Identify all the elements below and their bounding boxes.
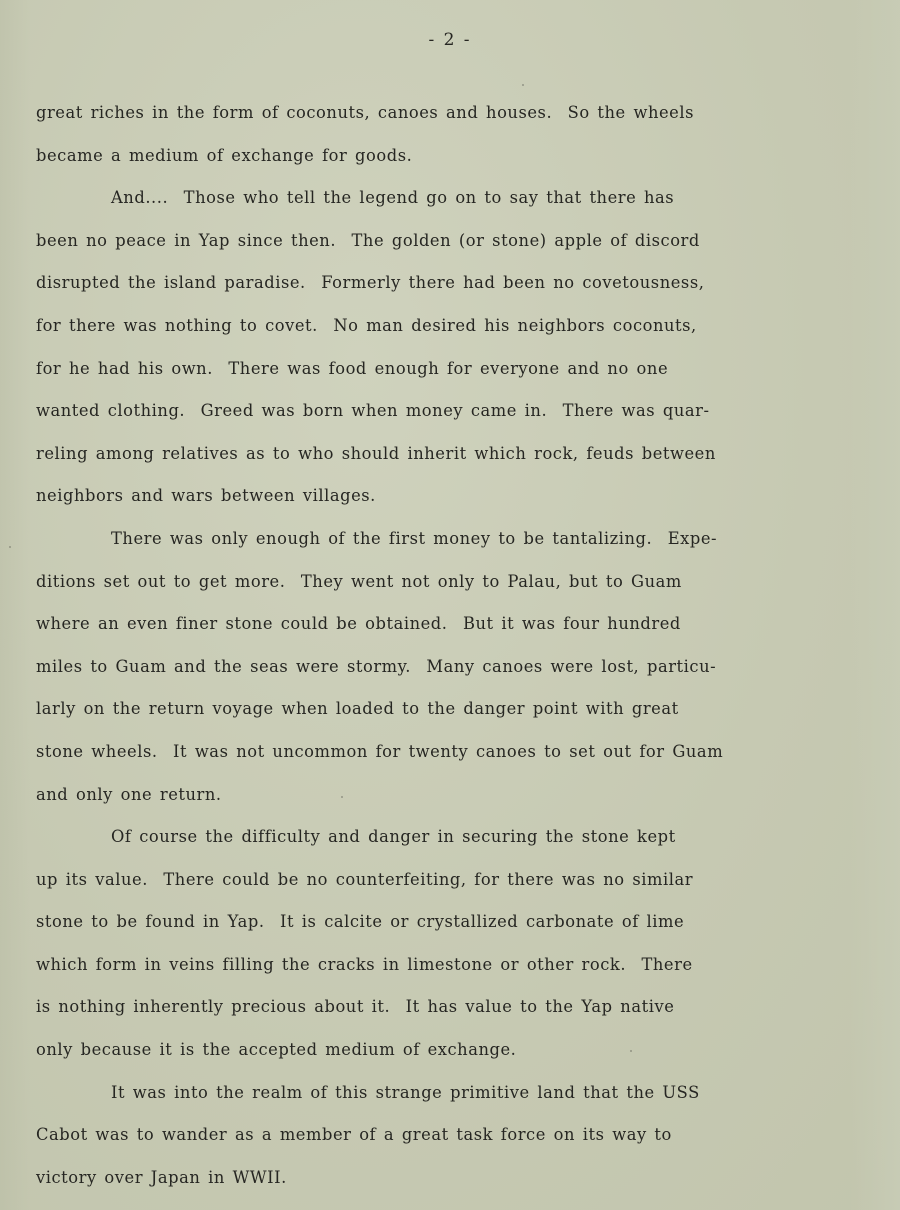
text-line: victory over Japan in WWII. — [36, 1157, 836, 1200]
text-line: became a medium of exchange for goods. — [36, 135, 836, 178]
paper-speck — [630, 1050, 632, 1052]
paragraph: It was into the realm of this strange pr… — [36, 1072, 836, 1200]
text-line: ditions set out to get more. They went n… — [36, 561, 836, 604]
text-line: stone wheels. It was not uncommon for tw… — [36, 731, 836, 774]
text-line: There was only enough of the first money… — [36, 518, 836, 561]
paragraph: great riches in the form of coconuts, ca… — [36, 92, 836, 177]
document-page: - 2 - great riches in the form of coconu… — [0, 0, 900, 1210]
paper-speck — [522, 84, 524, 86]
text-line: where an even finer stone could be obtai… — [36, 603, 836, 646]
text-line: stone to be found in Yap. It is calcite … — [36, 901, 836, 944]
text-line: only because it is the accepted medium o… — [36, 1029, 836, 1072]
text-line: is nothing inherently precious about it.… — [36, 986, 836, 1029]
paper-speck — [341, 796, 343, 798]
text-line: for he had his own. There was food enoug… — [36, 348, 836, 391]
text-line: and only one return. — [36, 774, 836, 817]
text-line: miles to Guam and the seas were stormy. … — [36, 646, 836, 689]
text-line: neighbors and wars between villages. — [36, 475, 836, 518]
text-line: reling among relatives as to who should … — [36, 433, 836, 476]
text-line: And.... Those who tell the legend go on … — [36, 177, 836, 220]
text-line: been no peace in Yap since then. The gol… — [36, 220, 836, 263]
text-line: for there was nothing to covet. No man d… — [36, 305, 836, 348]
paragraph: Of course the difficulty and danger in s… — [36, 816, 836, 1072]
body-text: great riches in the form of coconuts, ca… — [36, 92, 836, 1199]
text-line: great riches in the form of coconuts, ca… — [36, 92, 836, 135]
text-line: which form in veins filling the cracks i… — [36, 944, 836, 987]
paragraph: And.... Those who tell the legend go on … — [36, 177, 836, 518]
page-number: - 2 - — [0, 30, 900, 50]
paragraph: There was only enough of the first money… — [36, 518, 836, 816]
paper-speck — [9, 546, 11, 548]
text-line: It was into the realm of this strange pr… — [36, 1072, 836, 1115]
text-line: wanted clothing. Greed was born when mon… — [36, 390, 836, 433]
text-line: up its value. There could be no counterf… — [36, 859, 836, 902]
text-line: larly on the return voyage when loaded t… — [36, 688, 836, 731]
text-line: disrupted the island paradise. Formerly … — [36, 262, 836, 305]
text-line: Of course the difficulty and danger in s… — [36, 816, 836, 859]
text-line: Cabot was to wander as a member of a gre… — [36, 1114, 836, 1157]
